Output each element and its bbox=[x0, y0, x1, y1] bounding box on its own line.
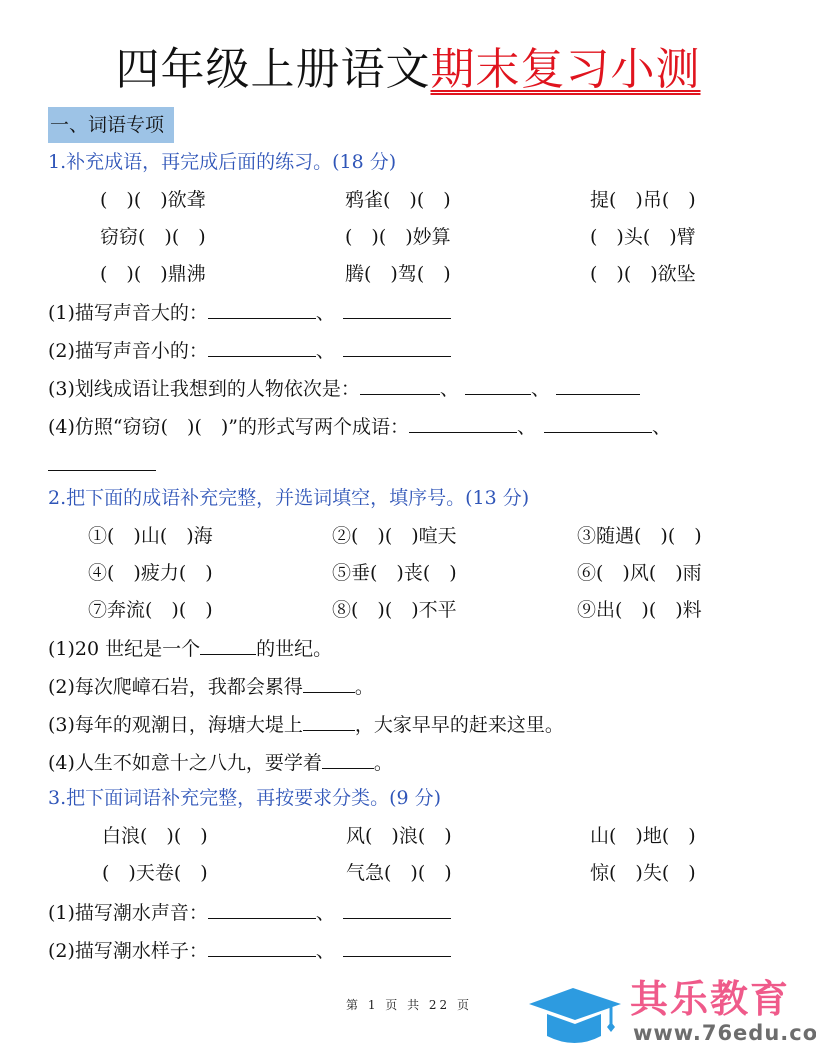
separator: 、 bbox=[316, 902, 335, 924]
section-heading: 一、词语专项 bbox=[48, 107, 174, 143]
answer-blank[interactable] bbox=[465, 374, 531, 395]
answer-blank[interactable] bbox=[343, 936, 451, 957]
q3-grid-row-1: 白浪( )( ) 风( )浪( ) 山( )地( ) bbox=[0, 822, 816, 850]
q2-idiom: ①( )山( )海 bbox=[88, 522, 213, 550]
q3-idiom: 风( )浪( ) bbox=[346, 822, 452, 850]
answer-blank[interactable] bbox=[360, 374, 440, 395]
title-black-part: 四年级上册语文 bbox=[116, 44, 431, 95]
q3-idiom: ( )天卷( ) bbox=[102, 859, 208, 887]
answer-blank[interactable] bbox=[208, 336, 316, 357]
separator: 、 bbox=[316, 940, 335, 962]
answer-blank[interactable] bbox=[556, 374, 640, 395]
q2-sub-3: (3)每年的观潮日，海塘大堤上，大家早早的赶来这里。 bbox=[48, 710, 564, 739]
q2-sub-1-text: (1)20 世纪是一个 bbox=[48, 638, 200, 660]
q2-sub-1-text-after: 的世纪。 bbox=[256, 638, 332, 660]
q1-grid-row-3: ( )( )鼎沸 腾( )驾( ) ( )( )欲坠 bbox=[0, 260, 816, 288]
q2-idiom: ⑧( )( )不平 bbox=[332, 596, 457, 624]
question-2-heading: 2.把下面的成语补充完整，并选词填空，填序号。(13 分) bbox=[48, 484, 529, 512]
q2-sub-1: (1)20 世纪是一个的世纪。 bbox=[48, 634, 332, 663]
answer-blank[interactable] bbox=[544, 412, 652, 433]
q1-sub-3-label: (3)划线成语让我想到的人物依次是： bbox=[48, 378, 360, 400]
q2-idiom: ⑦奔流( )( ) bbox=[88, 596, 213, 624]
q1-grid-row-2: 窃窃( )( ) ( )( )妙算 ( )头( )臂 bbox=[0, 223, 816, 251]
q2-idiom: ⑥( )风( )雨 bbox=[577, 559, 702, 587]
page-number: 第 1 页 共 22 页 bbox=[346, 996, 472, 1013]
separator: 、 bbox=[652, 416, 671, 438]
answer-blank[interactable] bbox=[48, 450, 156, 471]
q2-idiom: ②( )( )喧天 bbox=[332, 522, 457, 550]
q2-sub-2-text: (2)每次爬嶂石岩，我都会累得 bbox=[48, 676, 303, 698]
question-3-heading: 3.把下面词语补充完整，再按要求分类。(9 分) bbox=[48, 784, 441, 812]
answer-blank[interactable] bbox=[409, 412, 517, 433]
q2-grid-row-3: ⑦奔流( )( ) ⑧( )( )不平 ⑨出( )( )料 bbox=[0, 596, 816, 624]
q3-idiom: 白浪( )( ) bbox=[102, 822, 208, 850]
question-3-score: (9 分) bbox=[389, 787, 441, 809]
q3-sub-2-label: (2)描写潮水样子： bbox=[48, 940, 208, 962]
q1-sub-1: (1)描写声音大的：、 bbox=[48, 298, 451, 327]
q1-grid-row-1: ( )( )欲聋 鸦雀( )( ) 提( )吊( ) bbox=[0, 186, 816, 214]
q1-sub-4-continued bbox=[48, 450, 156, 479]
q1-idiom: ( )( )欲坠 bbox=[590, 260, 696, 288]
q2-sub-3-text: (3)每年的观潮日，海塘大堤上 bbox=[48, 714, 303, 736]
q2-sub-3-text-after: ，大家早早的赶来这里。 bbox=[355, 714, 564, 736]
logo-url: www.76edu.com bbox=[633, 1021, 816, 1045]
q3-idiom: 山( )地( ) bbox=[590, 822, 696, 850]
q2-sub-2-text-after: 。 bbox=[355, 676, 374, 698]
q2-grid-row-2: ④( )疲力( ) ⑤垂( )丧( ) ⑥( )风( )雨 bbox=[0, 559, 816, 587]
question-2-text: 2.把下面的成语补充完整，并选词填空，填序号。 bbox=[48, 487, 465, 509]
q1-sub-2: (2)描写声音小的：、 bbox=[48, 336, 451, 365]
separator: 、 bbox=[316, 340, 335, 362]
q1-idiom: ( )( )欲聋 bbox=[100, 186, 206, 214]
answer-blank[interactable] bbox=[200, 634, 256, 655]
q1-idiom: ( )( )妙算 bbox=[345, 223, 451, 251]
logo-name: 其乐教育 bbox=[630, 976, 790, 1022]
q2-grid-row-1: ①( )山( )海 ②( )( )喧天 ③随遇( )( ) bbox=[0, 522, 816, 550]
answer-blank[interactable] bbox=[322, 748, 374, 769]
q1-sub-1-label: (1)描写声音大的： bbox=[48, 302, 208, 324]
separator: 、 bbox=[517, 416, 536, 438]
q2-idiom: ⑨出( )( )料 bbox=[577, 596, 702, 624]
q1-idiom: ( )( )鼎沸 bbox=[100, 260, 206, 288]
q2-sub-4: (4)人生不如意十之八九，要学着。 bbox=[48, 748, 393, 777]
q2-sub-4-text: (4)人生不如意十之八九，要学着 bbox=[48, 752, 322, 774]
separator: 、 bbox=[440, 378, 459, 400]
answer-blank[interactable] bbox=[303, 672, 355, 693]
q2-sub-4-text-after: 。 bbox=[374, 752, 393, 774]
q3-idiom: 惊( )失( ) bbox=[590, 859, 696, 887]
answer-blank[interactable] bbox=[343, 336, 451, 357]
question-2-score: (13 分) bbox=[465, 487, 529, 509]
q1-sub-4-label: (4)仿照“窃窃( )( )”的形式写两个成语： bbox=[48, 416, 409, 438]
q3-sub-1: (1)描写潮水声音：、 bbox=[48, 898, 451, 927]
question-1-heading: 1.补充成语，再完成后面的练习。(18 分) bbox=[48, 148, 396, 176]
answer-blank[interactable] bbox=[208, 936, 316, 957]
q3-grid-row-2: ( )天卷( ) 气急( )( ) 惊( )失( ) bbox=[0, 859, 816, 887]
answer-blank[interactable] bbox=[208, 298, 316, 319]
q3-sub-2: (2)描写潮水样子：、 bbox=[48, 936, 451, 965]
answer-blank[interactable] bbox=[343, 298, 451, 319]
q3-idiom: 气急( )( ) bbox=[346, 859, 452, 887]
q1-idiom: ( )头( )臂 bbox=[590, 223, 696, 251]
q1-idiom: 窃窃( )( ) bbox=[100, 223, 206, 251]
q2-idiom: ③随遇( )( ) bbox=[577, 522, 702, 550]
q2-idiom: ④( )疲力( ) bbox=[88, 559, 213, 587]
q1-idiom: 提( )吊( ) bbox=[590, 186, 696, 214]
question-1-text: 1.补充成语，再完成后面的练习。 bbox=[48, 151, 332, 173]
separator: 、 bbox=[531, 378, 550, 400]
answer-blank[interactable] bbox=[208, 898, 316, 919]
separator: 、 bbox=[316, 302, 335, 324]
answer-blank[interactable] bbox=[303, 710, 355, 731]
q1-sub-4: (4)仿照“窃窃( )( )”的形式写两个成语：、、 bbox=[48, 412, 671, 441]
q1-sub-2-label: (2)描写声音小的： bbox=[48, 340, 208, 362]
q1-idiom: 鸦雀( )( ) bbox=[345, 186, 451, 214]
q2-idiom: ⑤垂( )丧( ) bbox=[332, 559, 457, 587]
page-title: 四年级上册语文期末复习小测 bbox=[0, 40, 816, 100]
question-1-score: (18 分) bbox=[332, 151, 396, 173]
title-red-part: 期末复习小测 bbox=[431, 44, 701, 95]
q3-sub-1-label: (1)描写潮水声音： bbox=[48, 902, 208, 924]
logo: 其乐教育 www.76edu.com bbox=[525, 978, 815, 1050]
answer-blank[interactable] bbox=[343, 898, 451, 919]
q1-sub-3: (3)划线成语让我想到的人物依次是：、、 bbox=[48, 374, 640, 403]
q2-sub-2: (2)每次爬嶂石岩，我都会累得。 bbox=[48, 672, 374, 701]
graduation-cap-icon bbox=[525, 982, 625, 1046]
q1-idiom: 腾( )驾( ) bbox=[345, 260, 451, 288]
question-3-text: 3.把下面词语补充完整，再按要求分类。 bbox=[48, 787, 389, 809]
